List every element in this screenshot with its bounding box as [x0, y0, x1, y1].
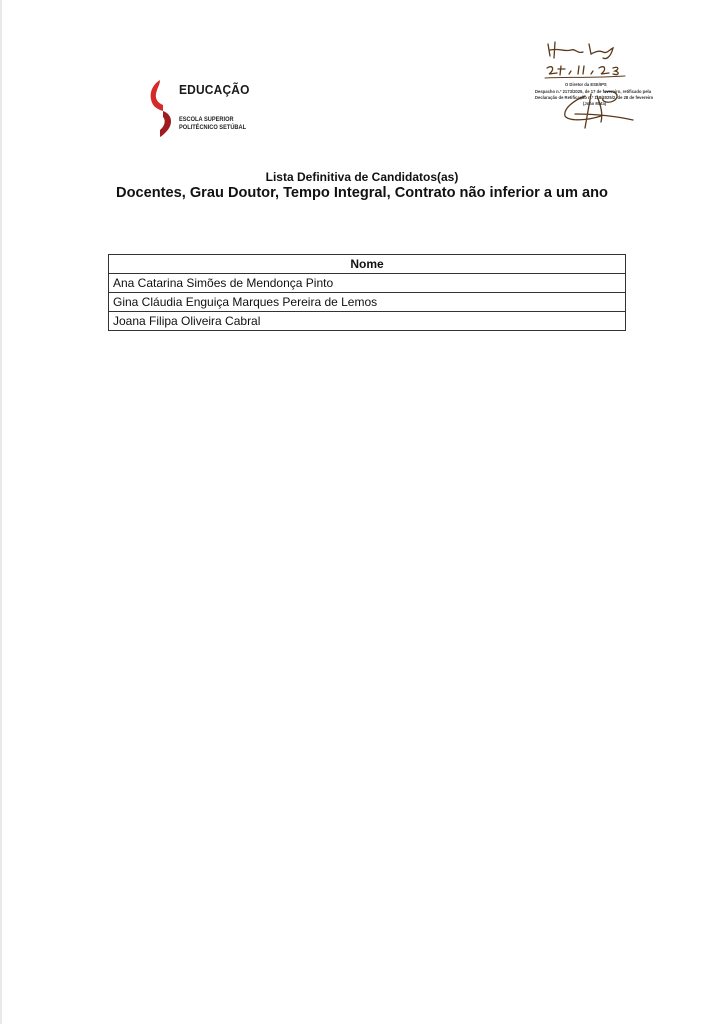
stamp-line2: Despacho n.º 2173/2025, de 17 de feverei… [535, 89, 651, 94]
logo-title: EDUCAÇÃO [179, 82, 250, 97]
candidate-name: Gina Cláudia Enguiça Marques Pereira de … [109, 293, 626, 312]
document-subtitle: Lista Definitiva de Candidatos(as) [0, 170, 724, 184]
candidates-table: Nome Ana Catarina Simões de Mendonça Pin… [108, 254, 626, 331]
approval-stamp: O Diretor da ESE/IPS Despacho n.º 2173/2… [505, 36, 670, 131]
page-edge [0, 0, 2, 1024]
logo-subtitle: ESCOLA SUPERIOR POLITÉCNICO SETÚBAL [179, 116, 246, 132]
table-row: Joana Filipa Oliveira Cabral [109, 312, 626, 331]
stamp-line4: (João Mata) [583, 101, 606, 106]
table-header-row: Nome [109, 255, 626, 274]
candidate-name: Joana Filipa Oliveira Cabral [109, 312, 626, 331]
logo-symbol-icon [146, 78, 178, 138]
stamp-line1: O Diretor da ESE/IPS [565, 82, 607, 87]
logo-subtitle-line1: ESCOLA SUPERIOR [179, 116, 246, 124]
column-header-name: Nome [109, 255, 626, 274]
table-row: Gina Cláudia Enguiça Marques Pereira de … [109, 293, 626, 312]
table-row: Ana Catarina Simões de Mendonça Pinto [109, 274, 626, 293]
stamp-line3: Declaração de Retificação n.º 118/2025/2… [535, 95, 653, 100]
logo-subtitle-line2: POLITÉCNICO SETÚBAL [179, 124, 246, 132]
document-title: Docentes, Grau Doutor, Tempo Integral, C… [0, 185, 724, 201]
candidate-name: Ana Catarina Simões de Mendonça Pinto [109, 274, 626, 293]
institution-logo: EDUCAÇÃO ESCOLA SUPERIOR POLITÉCNICO SET… [146, 78, 276, 138]
